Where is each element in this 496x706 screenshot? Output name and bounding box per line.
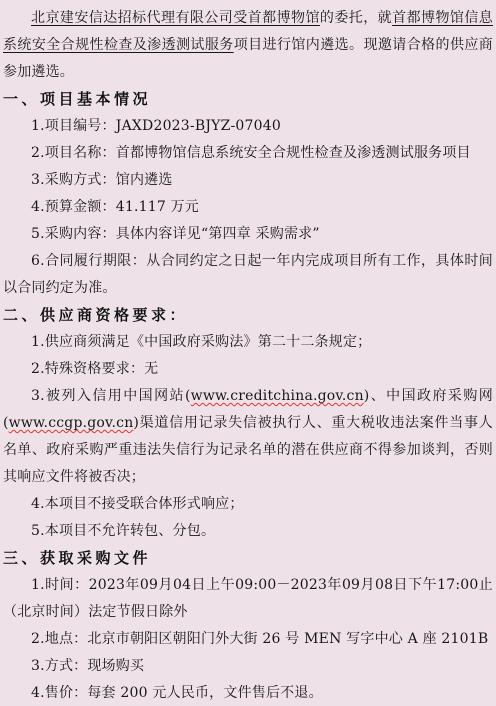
document-location-item: 2.地点：北京市朝阳区朝阳门外大街 26 号 MEN 写字中心 A 座 2101…	[3, 626, 493, 653]
budget-amount-item: 4.预算金额：41.117 万元	[3, 194, 493, 221]
section-2-heading: 二、供应商资格要求：	[3, 302, 493, 329]
credit-check-text-pre: 3.被列入信用中国网站(	[31, 388, 191, 404]
project-name-item: 2.项目名称：首都博物馆信息系统安全合规性检查及渗透测试服务项目	[3, 140, 493, 167]
intro-plain-text-1: 的委托，就	[320, 10, 392, 26]
qualification-item-1: 1.供应商须满足《中国政府采购法》第二十二条规定；	[3, 329, 493, 356]
intro-paragraph: 北京建安信达招标代理有限公司受首都博物馆的委托，就首都博物馆信息系统安全合规性检…	[3, 5, 493, 86]
creditchina-url: www.creditchina.gov.cn	[191, 388, 364, 404]
procurement-notice-document: 北京建安信达招标代理有限公司受首都博物馆的委托，就首都博物馆信息系统安全合规性检…	[0, 0, 496, 706]
qualification-item-4: 4.本项目不接受联合体形式响应；	[3, 491, 493, 518]
procurement-content-item: 5.采购内容：具体内容详见“第四章 采购需求”	[3, 221, 493, 248]
document-price-item: 4.售价：每套 200 元人民币，文件售后不退。	[3, 680, 493, 706]
document-time-item: 1.时间：2023年09月04日上午09:00－2023年09月08日下午17:…	[3, 572, 493, 626]
qualification-item-5: 5.本项目不允许转包、分包。	[3, 518, 493, 545]
project-number-item: 1.项目编号：JAXD2023-BJYZ-07040	[3, 113, 493, 140]
ccgp-url: www.ccgp.gov.cn	[9, 415, 134, 431]
contract-period-item: 6.合同履行期限：从合同约定之日起一年内完成项目所有工作，具体时间以合同约定为准…	[3, 248, 493, 302]
qualification-item-3: 3.被列入信用中国网站(www.creditchina.gov.cn)、中国政府…	[3, 383, 493, 491]
intro-agency-and-buyer-underlined: 北京建安信达招标代理有限公司受首都博物馆	[31, 10, 320, 26]
procurement-method-item: 3.采购方式：馆内遴选	[3, 167, 493, 194]
section-3-heading: 三、获取采购文件	[3, 545, 493, 572]
qualification-item-2: 2.特殊资格要求：无	[3, 356, 493, 383]
section-1-heading: 一、项目基本情况	[3, 86, 493, 113]
document-method-item: 3.方式：现场购买	[3, 653, 493, 680]
